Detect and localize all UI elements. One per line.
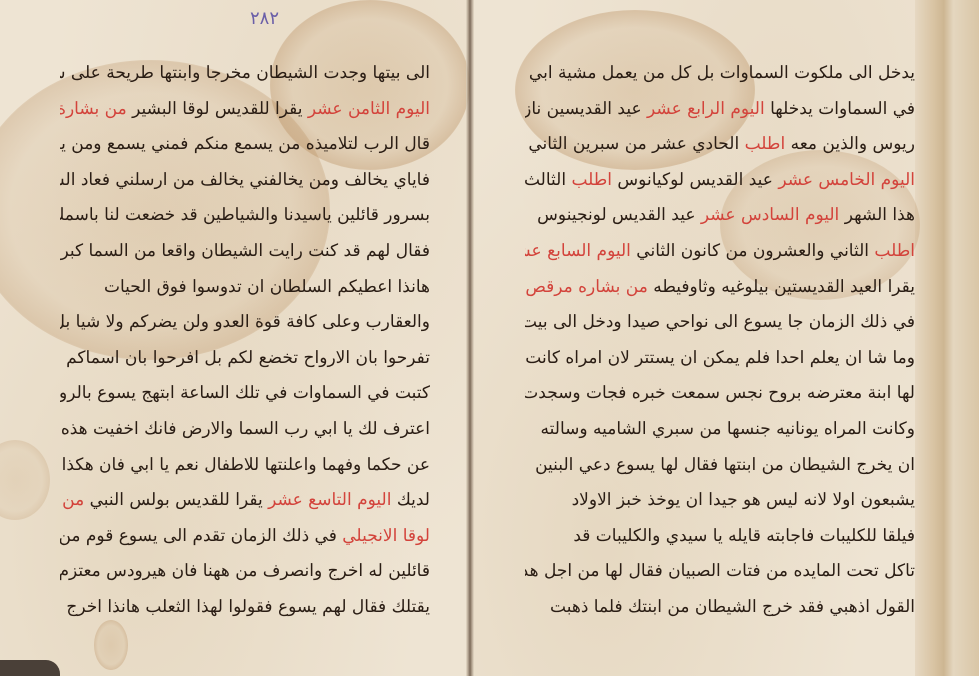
manuscript-line: اليوم الثامن عشر يقرا للقديس لوقا البشير…: [60, 92, 430, 128]
manuscript-line: فيلقا للكليبات فاجابته قايله يا سيدي وال…: [525, 519, 915, 555]
manuscript-line: اعترف لك يا ابي رب السما والارض فانك اخف…: [60, 412, 430, 448]
right-page-text: يدخل الى ملكوت السماوات بل كل من يعمل مش…: [525, 56, 915, 626]
body-text: وكانت المراه يونانيه جنسها من سبري الشام…: [541, 419, 915, 439]
body-text: عن حكما وفهما واعلنتها للاطفال نعم يا اب…: [60, 455, 430, 475]
rubric-text: اليوم التاسع عشر: [268, 490, 391, 510]
body-text: عيد القديسين نازا: [525, 99, 647, 119]
body-text: كتبت في السماوات في تلك الساعة ابتهج يسو…: [60, 383, 430, 403]
manuscript-line: قائلين له اخرج وانصرف من ههنا فان هيرودس…: [60, 554, 430, 590]
manuscript-line: اليوم الخامس عشر عيد القديس لوكيانوس اطل…: [525, 163, 915, 199]
manuscript-line: هانذا اعطيكم السلطان ان تدوسوا فوق الحيا…: [60, 270, 430, 306]
body-text: فاياي يخالف ومن يخالفني يخالف من ارسلني …: [60, 170, 430, 190]
body-text: يدخل الى ملكوت السماوات بل كل من يعمل مش…: [525, 63, 915, 83]
body-text: في السماوات يدخلها: [765, 99, 915, 119]
body-text: يشبعون اولا لانه ليس هو جيدا ان يوخذ خبز…: [572, 490, 915, 510]
manuscript-line: القول اذهبي فقد خرج الشيطان من ابنتك فلم…: [525, 590, 915, 626]
body-text: الثاني والعشرون من كانون الثاني: [631, 241, 875, 261]
body-text: فيلقا للكليبات فاجابته قايله يا سيدي وال…: [573, 526, 915, 546]
body-text: لها ابنة معترضه بروح نجس سمعت خبره فجات …: [525, 383, 915, 403]
folio-number: ٢٨٢: [250, 8, 279, 29]
manuscript-line: تفرحوا بان الارواح تخضع لكم بل افرحوا با…: [60, 341, 430, 377]
body-text: قال الرب لتلاميذه من يسمع منكم فمني يسمع…: [60, 134, 430, 154]
rubric-text: اطلب: [571, 170, 612, 190]
left-page-text: الى بيتها وجدت الشيطان مخرجا وابنتها طري…: [60, 56, 430, 626]
body-text: قائلين له اخرج وانصرف من ههنا فان هيرودس…: [60, 561, 430, 581]
table-shadow: [0, 660, 60, 676]
manuscript-line: لوقا الانجيلي في ذلك الزمان تقدم الى يسو…: [60, 519, 430, 555]
rubric-text: من بشارة لوقا: [60, 99, 127, 119]
body-text: الثالث من: [525, 170, 571, 190]
manuscript-line: فقال لهم قد كنت رايت الشيطان واقعا من ال…: [60, 234, 430, 270]
rubric-text: من بشاره: [60, 490, 84, 510]
manuscript-line: في السماوات يدخلها اليوم الرابع عشر عيد …: [525, 92, 915, 128]
manuscript-line: تاكل تحت المايده من فتات الصبيان فقال له…: [525, 554, 915, 590]
gutter-fold: [466, 0, 474, 676]
body-text: عيد القديس لونجينوس: [537, 205, 701, 225]
manuscript-line: عن حكما وفهما واعلنتها للاطفال نعم يا اب…: [60, 448, 430, 484]
manuscript-line: ريوس والذين معه اطلب الحادي عشر من سبرين…: [525, 127, 915, 163]
body-text: يقرا للقديس لوقا البشير: [127, 99, 308, 119]
rubric-text: من بشاره مرقص: [525, 277, 648, 297]
manuscript-line: وما شا ان يعلم احدا فلم يمكن ان يستتر لا…: [525, 341, 915, 377]
manuscript-line: لها ابنة معترضه بروح نجس سمعت خبره فجات …: [525, 376, 915, 412]
body-text: ريوس والذين معه: [785, 134, 915, 154]
rubric-text: اليوم السادس عشر: [701, 205, 839, 225]
manuscript-line: الى بيتها وجدت الشيطان مخرجا وابنتها طري…: [60, 56, 430, 92]
body-text: في ذلك الزمان تقدم الى يسوع قوم من الفري…: [60, 526, 342, 546]
rubric-text: اليوم الخامس عشر: [778, 170, 915, 190]
body-text: بسرور قائلين ياسيدنا والشياطين قد خضعت ل…: [60, 205, 430, 225]
manuscript-line: قال الرب لتلاميذه من يسمع منكم فمني يسمع…: [60, 127, 430, 163]
manuscript-line: يدخل الى ملكوت السماوات بل كل من يعمل مش…: [525, 56, 915, 92]
page-edges: [915, 0, 979, 676]
manuscript-line: لديك اليوم التاسع عشر يقرا للقديس بولس ا…: [60, 483, 430, 519]
body-text: الى بيتها وجدت الشيطان مخرجا وابنتها طري…: [60, 63, 430, 83]
body-text: في ذلك الزمان جا يسوع الى نواحي صيدا ودخ…: [525, 312, 915, 332]
manuscript-line: يشبعون اولا لانه ليس هو جيدا ان يوخذ خبز…: [525, 483, 915, 519]
rubric-text: اطلب: [874, 241, 915, 261]
body-text: يقرا للقديس بولس النبي: [84, 490, 268, 510]
manuscript-spread: ٢٨٢ الى بيتها وجدت الشيطان مخرجا وابنتها…: [0, 0, 979, 676]
body-text: عيد القديس لوكيانوس: [612, 170, 778, 190]
manuscript-line: فاياي يخالف ومن يخالفني يخالف من ارسلني …: [60, 163, 430, 199]
body-text: اعترف لك يا ابي رب السما والارض فانك اخف…: [60, 419, 430, 439]
manuscript-line: اطلب الثاني والعشرون من كانون الثاني الي…: [525, 234, 915, 270]
body-text: هانذا اعطيكم السلطان ان تدوسوا فوق الحيا…: [104, 277, 430, 297]
rubric-text: اليوم السابع عشر: [525, 241, 631, 261]
body-text: والعقارب وعلى كافة قوة العدو ولن يضركم و…: [60, 312, 430, 332]
rubric-text: اطلب: [745, 134, 786, 154]
body-text: هذا الشهر: [839, 205, 915, 225]
body-text: الحادي عشر من سبرين الثاني: [528, 134, 744, 154]
manuscript-line: في ذلك الزمان جا يسوع الى نواحي صيدا ودخ…: [525, 305, 915, 341]
body-text: يقرا العيد القديستين بيلوغيه وثاوفيطه: [648, 277, 915, 297]
manuscript-line: بسرور قائلين ياسيدنا والشياطين قد خضعت ل…: [60, 198, 430, 234]
body-text: ان يخرج الشيطان من ابنتها فقال لها يسوع …: [535, 455, 915, 475]
rubric-text: اليوم الرابع عشر: [647, 99, 765, 119]
body-text: يقتلك فقال لهم يسوع فقولوا لهذا الثعلب ه…: [60, 597, 430, 617]
rubric-text: اليوم الثامن عشر: [308, 99, 430, 119]
water-stain: [94, 620, 128, 670]
manuscript-line: والعقارب وعلى كافة قوة العدو ولن يضركم و…: [60, 305, 430, 341]
manuscript-line: يقتلك فقال لهم يسوع فقولوا لهذا الثعلب ه…: [60, 590, 430, 626]
body-text: تفرحوا بان الارواح تخضع لكم بل افرحوا با…: [60, 348, 430, 368]
body-text: فقال لهم قد كنت رايت الشيطان واقعا من ال…: [60, 241, 430, 261]
manuscript-line: يقرا العيد القديستين بيلوغيه وثاوفيطه من…: [525, 270, 915, 306]
body-text: القول اذهبي فقد خرج الشيطان من ابنتك فلم…: [550, 597, 915, 617]
body-text: وما شا ان يعلم احدا فلم يمكن ان يستتر لا…: [525, 348, 915, 368]
body-text: تاكل تحت المايده من فتات الصبيان فقال له…: [525, 561, 915, 581]
manuscript-line: ان يخرج الشيطان من ابنتها فقال لها يسوع …: [525, 448, 915, 484]
manuscript-line: كتبت في السماوات في تلك الساعة ابتهج يسو…: [60, 376, 430, 412]
manuscript-line: وكانت المراه يونانيه جنسها من سبري الشام…: [525, 412, 915, 448]
manuscript-line: هذا الشهر اليوم السادس عشر عيد القديس لو…: [525, 198, 915, 234]
body-text: لديك: [391, 490, 430, 510]
rubric-text: لوقا الانجيلي: [342, 526, 430, 546]
